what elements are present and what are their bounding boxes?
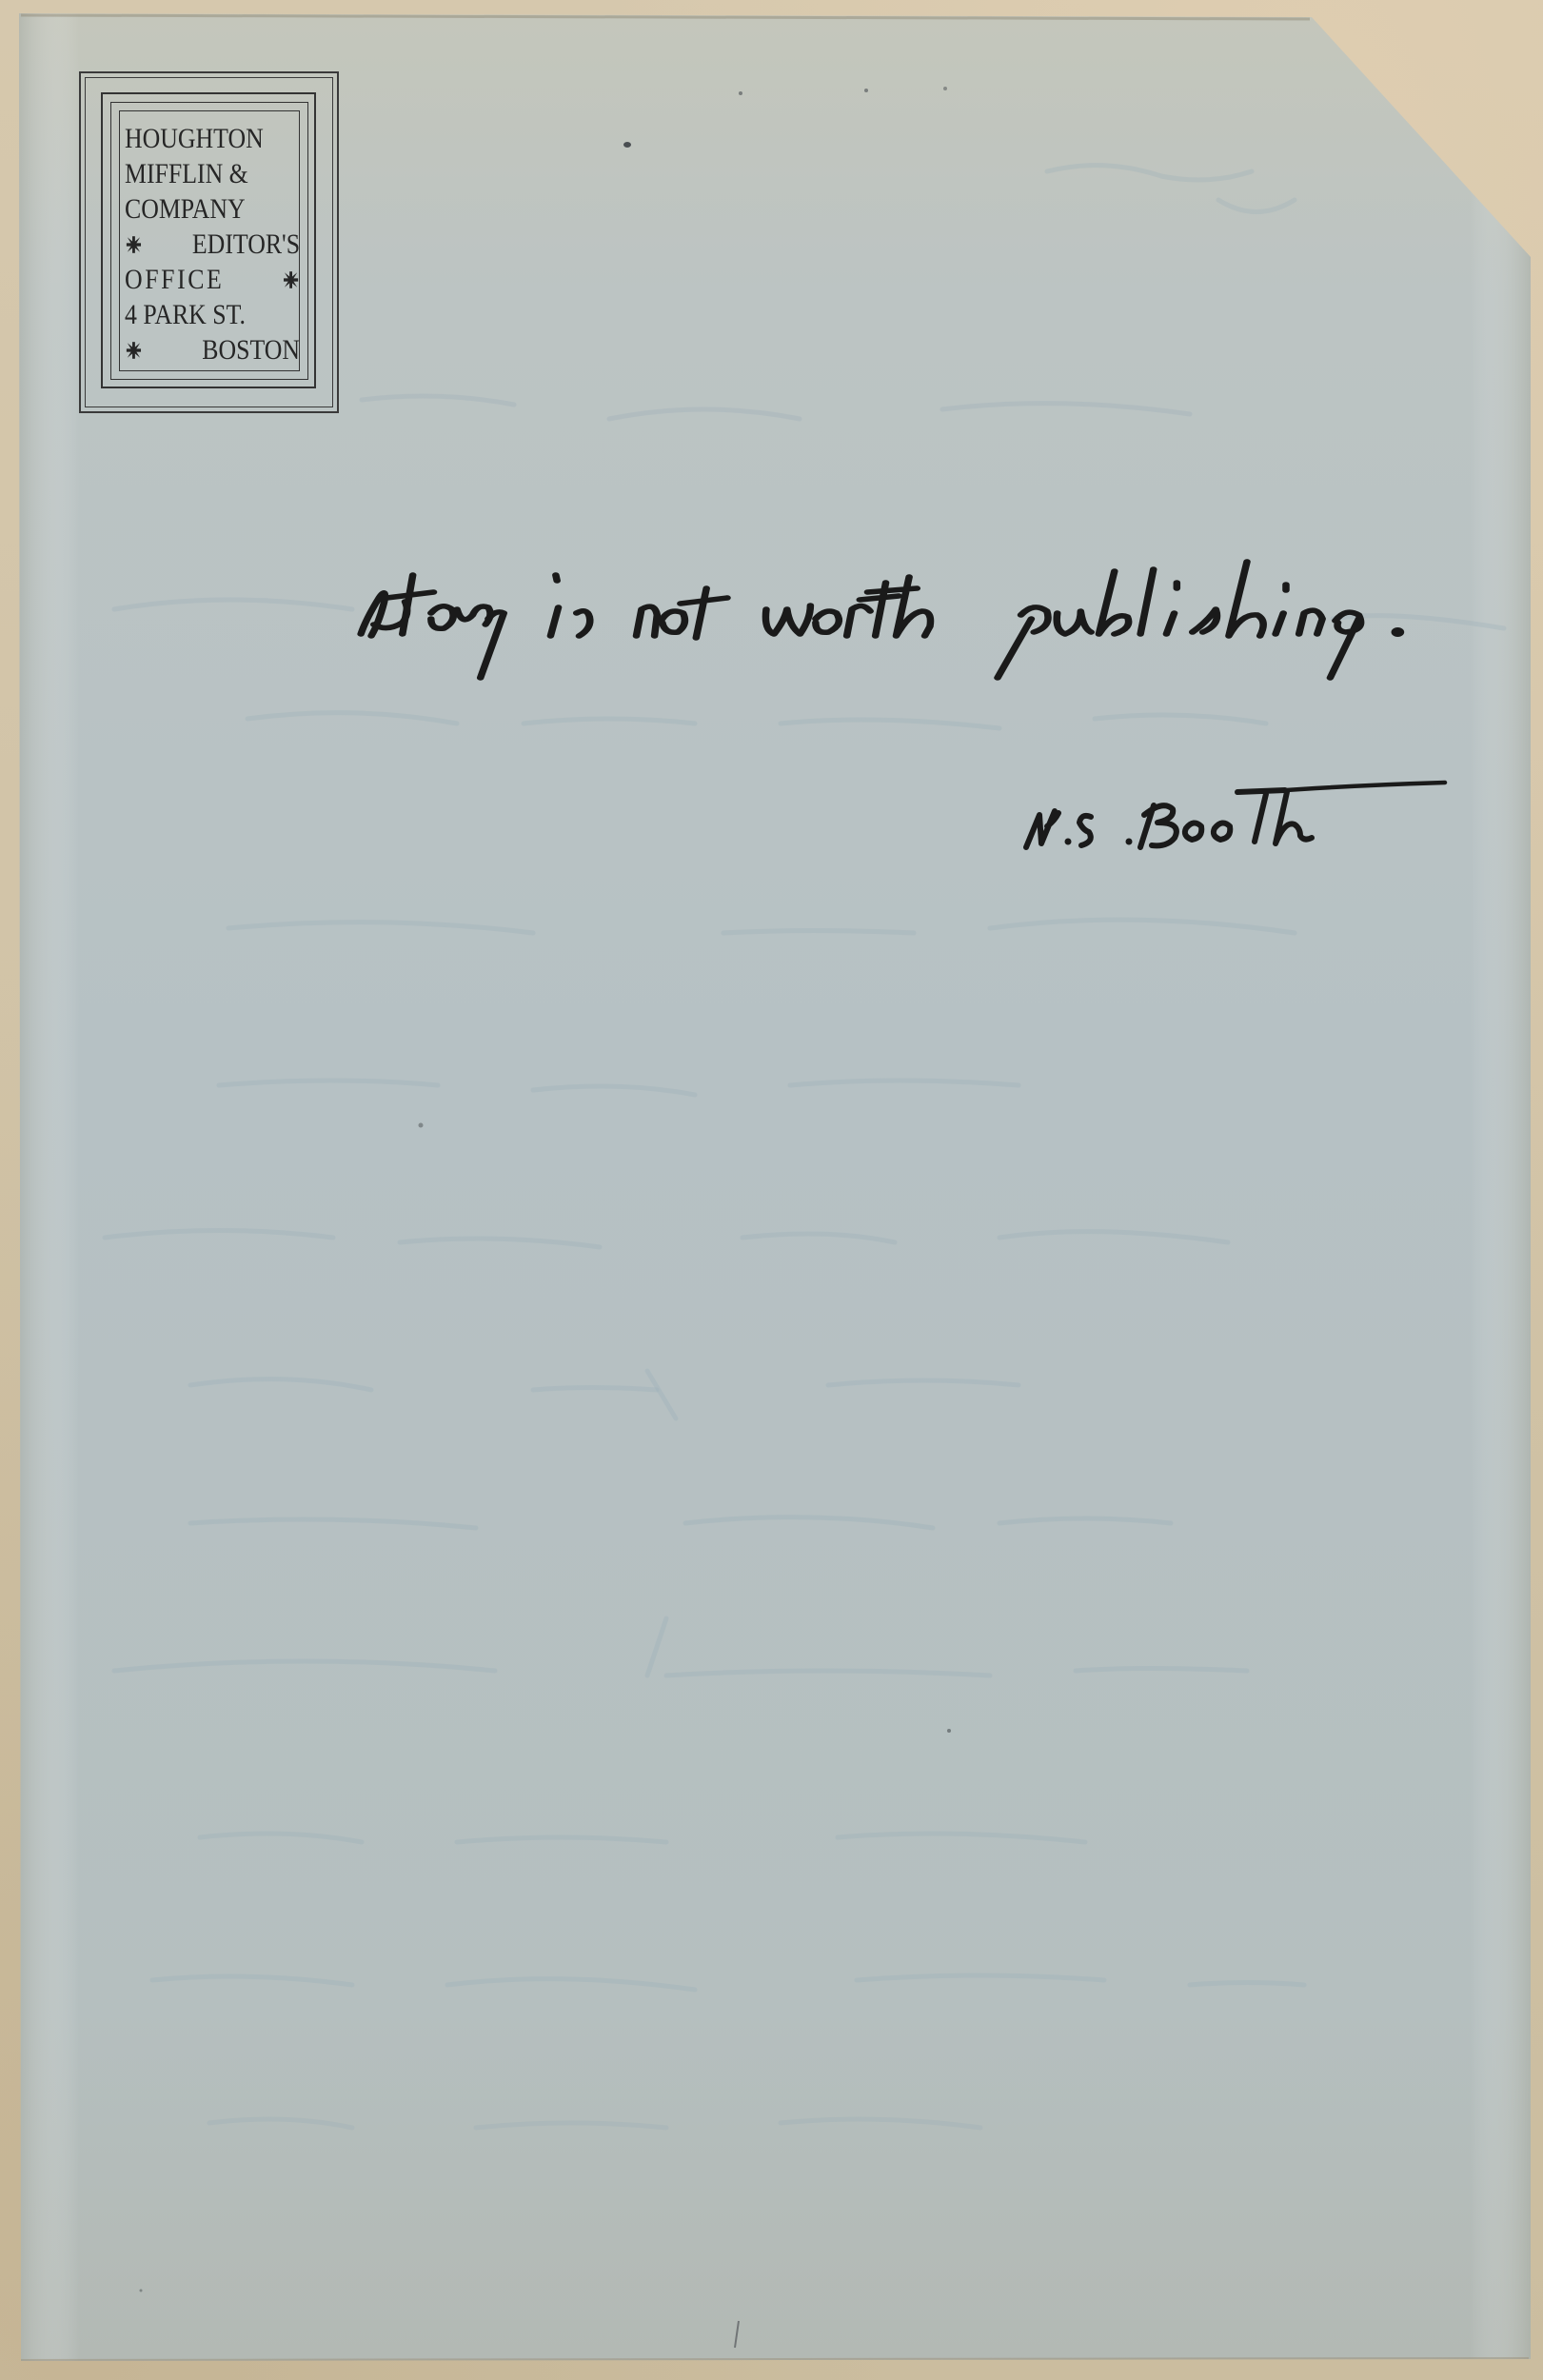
- letterhead-line: COMPANY: [125, 191, 300, 227]
- letterhead-line: MIFFLIN &: [125, 156, 300, 191]
- handwritten-note-text: story is not worth publishing .: [357, 581, 1414, 647]
- letterhead-line: HOUGHTON: [125, 121, 300, 156]
- signature-text: W. S. Booth: [1023, 795, 1328, 850]
- letterhead-line-text: OFFICE: [125, 262, 224, 297]
- maltese-cross-icon: [282, 269, 300, 290]
- maltese-cross-icon: [125, 340, 143, 361]
- maltese-cross-icon: [125, 234, 143, 255]
- letterhead-line-text: BOSTON: [202, 332, 300, 367]
- letterhead-line-text: 4 PARK ST.: [125, 297, 246, 332]
- letterhead-line: 4 PARK ST.: [125, 297, 300, 332]
- letterhead-line: EDITOR'S: [125, 227, 300, 262]
- letterhead-line: BOSTON: [125, 332, 300, 367]
- letterhead-line-text: COMPANY: [125, 191, 246, 227]
- letterhead-line-text: HOUGHTON: [125, 121, 264, 156]
- letterhead-box: HOUGHTON MIFFLIN & COMPANY EDITOR'S OFFI…: [79, 71, 339, 413]
- letterhead-line: OFFICE: [125, 262, 300, 297]
- letterhead-text: HOUGHTON MIFFLIN & COMPANY EDITOR'S OFFI…: [125, 121, 300, 367]
- letterhead-line-text: MIFFLIN &: [125, 156, 248, 191]
- letterhead-line-text: EDITOR'S: [192, 227, 300, 262]
